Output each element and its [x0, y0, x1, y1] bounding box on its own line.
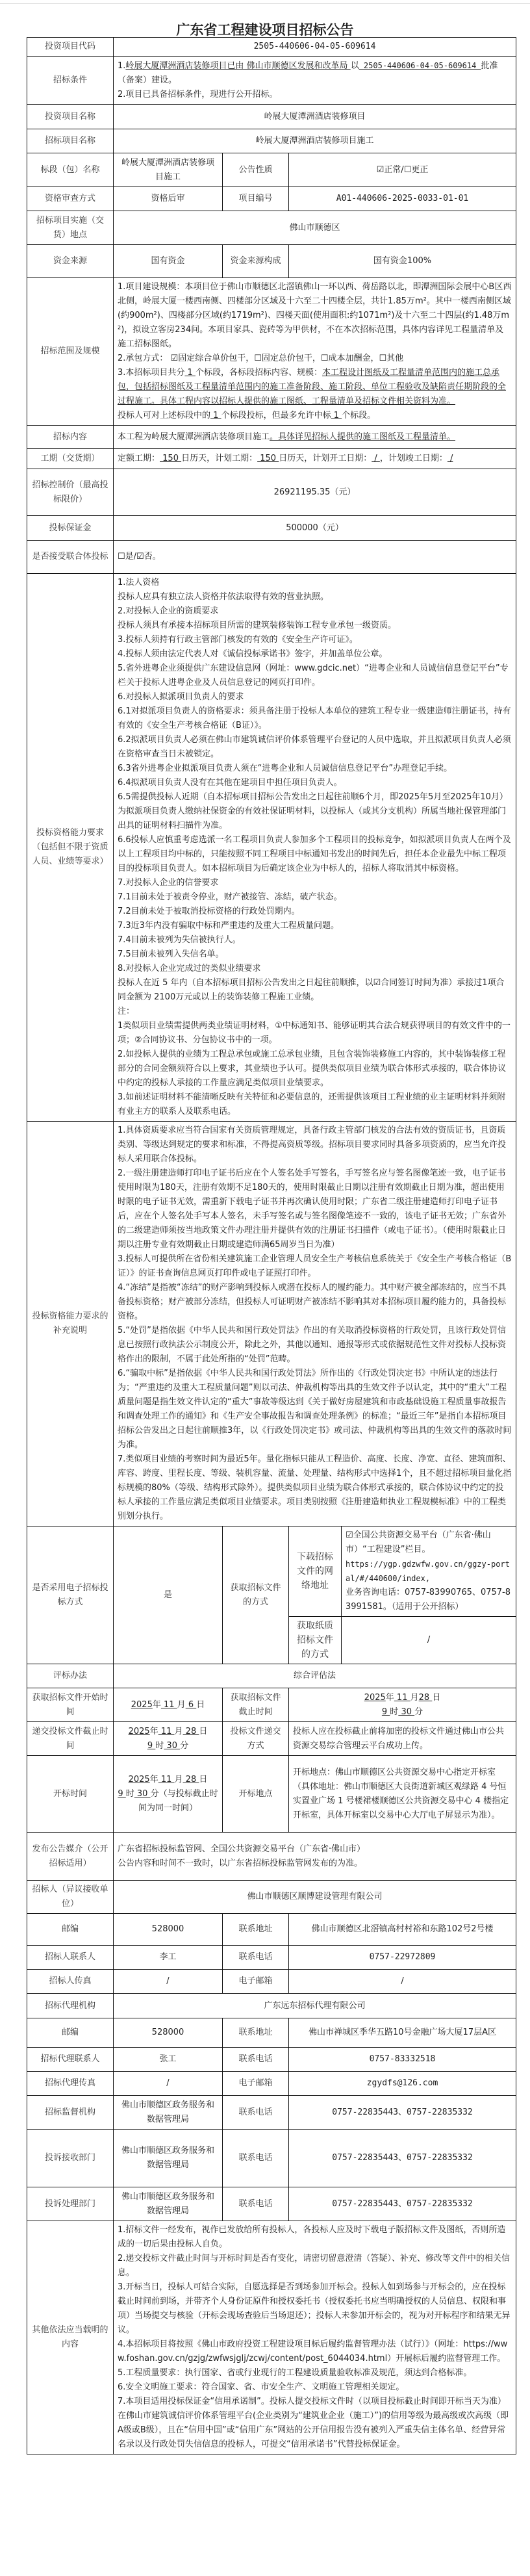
row-invest-name: 投资项目名称 岭展大厦潭洲酒店装修项目 — [27, 105, 516, 129]
value-open-place: 开标地点：佛山市顺德区公共资源交易中心指定开标室（具体地址：佛山市顺德区大良街道… — [289, 1756, 516, 1833]
value-deposit: 500000（元） — [114, 516, 516, 541]
value-evaluation: 综合评估法 — [114, 1664, 516, 1688]
row-tenderer: 招标人（异议接收单位） 佛山市顺德区顺博建设管理有限公司 — [27, 1881, 516, 1914]
value-funding-structure: 国有资金100% — [289, 245, 516, 278]
row-supervision: 招标监督机构 佛山市顺德区政务服务和数据管理局 联系电话 0757-228354… — [27, 2096, 516, 2130]
row-control-price: 招标控制价（最高投标限价） 26921195.35（元） — [27, 469, 516, 516]
value-electronic: 是 — [114, 1526, 223, 1664]
row-complaint-handle: 投诉处理部门 佛山市顺德区政务服务和数据管理局 联系电话 0757-228354… — [27, 2187, 516, 2221]
value-other: 1.招标文件一经发布，视作已发放给所有投标人，各投标人应及时下载电子版招标文件及… — [114, 2221, 516, 2454]
label-complaint-handle-phone: 联系电话 — [223, 2187, 289, 2221]
label-section: 标段（包）名称 — [27, 153, 114, 187]
label-funding-structure: 资金来源构成 — [223, 245, 289, 278]
value-complaint-receive: 佛山市顺德区政务服务和数据管理局 — [114, 2130, 223, 2187]
label-electronic: 是否采用电子招标投标方式 — [27, 1526, 114, 1664]
row-project-code: 投资项目代码 2505-440606-04-05-609614 — [27, 38, 516, 57]
value-complaint-handle-phone: 0757-22835443、0757-22835332 — [289, 2187, 516, 2221]
value-open-time: 2025年 11 月 28 日9 时 30 分（与投标截止时间为同一时间） — [114, 1756, 223, 1833]
value-agency-contact: 张工 — [114, 2048, 223, 2072]
label-tenderer-address: 联系地址 — [223, 1914, 289, 1946]
row-obtain-time: 获取招标文件开始时间 2025年 11 月 6 日 获取招标文件截止时间 202… — [27, 1688, 516, 1722]
row-scope: 招标范围及规模 1.项目建设规模：本项目位于佛山市顺德区北滘镇佛山一环以西、荷岳… — [27, 278, 516, 426]
row-media: 发布公告媒介（公开招标适用） 广东省招标投标监管网、全国公共资源交易平台（广东省… — [27, 1833, 516, 1881]
value-submit-method: 投标人应在投标截止前将加密的投标文件通过佛山市公共资源交易综合管理云平台成功上传… — [289, 1722, 516, 1756]
row-complaint-receive: 投诉接收部门 佛山市顺德区政务服务和数据管理局 联系电话 0757-228354… — [27, 2130, 516, 2187]
row-agency: 招标代理机构 广东远东招标代理有限公司 — [27, 1994, 516, 2018]
value-agency-address: 佛山市禅城区季华五路10号金融广场大厦17层A区 — [289, 2018, 516, 2048]
label-project-code: 投资项目代码 — [27, 38, 114, 57]
row-agency-fax: 招标代理传真 / 电子邮箱 zgydfs@126.com — [27, 2072, 516, 2096]
value-notice-nature: ☑正常/☐更正 — [289, 153, 516, 187]
value-qualification: 资格后审 — [114, 187, 223, 211]
value-paper-method: / — [342, 1617, 516, 1664]
label-evaluation: 评标办法 — [27, 1664, 114, 1688]
value-tenderer-email: / — [289, 1970, 516, 1994]
label-tenderer: 招标人（异议接收单位） — [27, 1881, 114, 1914]
value-funding: 国有资金 — [114, 245, 223, 278]
row-other: 其他依法应当载明的内容 1.招标文件一经发布，视作已发放给所有投标人，各投标人应… — [27, 2221, 516, 2454]
label-control-price: 招标控制价（最高投标限价） — [27, 469, 114, 516]
label-supervision-phone: 联系电话 — [223, 2096, 289, 2130]
row-funding: 资金来源 国有资金 资金来源构成 国有资金100% — [27, 245, 516, 278]
tender-notice-table: 投资项目代码 2505-440606-04-05-609614 招标条件 1.岭… — [27, 37, 516, 2454]
label-deposit: 投标保证金 — [27, 516, 114, 541]
label-tenderer-zip: 邮编 — [27, 1914, 114, 1946]
value-project-code: 2505-440606-04-05-609614 — [114, 38, 516, 57]
label-complaint-receive: 投诉接收部门 — [27, 2130, 114, 2187]
value-content: 本工程为岭展大厦潭洲酒店装修项目施工。具体详见招标人提供的施工图纸及工程量清单。 — [114, 426, 516, 449]
value-supplement: 1.具体资质要求应当符合国家有关资质管理规定，具备行政主管部门核发的合法有效的资… — [114, 1122, 516, 1526]
label-agency-address: 联系地址 — [223, 2018, 289, 2048]
label-agency-contact: 招标代理联系人 — [27, 2048, 114, 2072]
value-media: 广东省招标投标监管网、全国公共资源交易平台（广东省·佛山市） 公告内容和时间不一… — [114, 1833, 516, 1881]
row-tenderer-zip: 邮编 528000 联系地址 佛山市顺德区北滘镇高村村裕和东路102号2号楼 — [27, 1914, 516, 1946]
row-location: 招标项目实施（交货）地点 佛山市顺德区 — [27, 211, 516, 245]
conditions-project: 岭展大厦潭洲酒店装修项目已由 — [125, 61, 244, 71]
row-evaluation: 评标办法 综合评估法 — [27, 1664, 516, 1688]
label-submit-deadline: 递交投标文件截止时间 — [27, 1722, 114, 1756]
value-tenderer-zip: 528000 — [114, 1914, 223, 1946]
scope-p3: 3.本招标项目共分 1 个标段，各标段招标内容、规模：本工程设计图纸及工程量清单… — [118, 366, 512, 409]
value-obtain-end: 2025年 11 月28 日9 时 30 分 — [289, 1688, 516, 1722]
row-electronic-download: 是否采用电子招标投标方式 是 获取招标文件的方式 下载招标文件的网络地址 ☑全国… — [27, 1526, 516, 1617]
value-project-no: A01-440606-2025-0033-01-01 — [289, 187, 516, 211]
label-download-address: 下载招标文件的网络地址 — [289, 1526, 342, 1617]
label-complaint-handle: 投诉处理部门 — [27, 2187, 114, 2221]
label-agency: 招标代理机构 — [27, 1994, 114, 2018]
value-location: 佛山市顺德区 — [114, 211, 516, 245]
label-location: 招标项目实施（交货）地点 — [27, 211, 114, 245]
label-paper-method: 获取纸质招标文件的方式 — [289, 1617, 342, 1664]
value-agency: 广东远东招标代理有限公司 — [114, 1994, 516, 2018]
value-tenderer-address: 佛山市顺德区北滘镇高村村裕和东路102号2号楼 — [289, 1914, 516, 1946]
label-notice-nature: 公告性质 — [223, 153, 289, 187]
label-tenderer-contact: 招标人联系人 — [27, 1946, 114, 1970]
row-tenderer-fax: 招标人传真 / 电子邮箱 / — [27, 1970, 516, 1994]
label-conditions: 招标条件 — [27, 57, 114, 105]
top-divider — [0, 3, 530, 4]
row-deposit: 投标保证金 500000（元） — [27, 516, 516, 541]
value-obtain-start: 2025年 11 月 6 日 — [114, 1688, 223, 1722]
page-title: 广东省工程建设项目招标公告 — [0, 19, 530, 39]
label-invest-name: 投资项目名称 — [27, 105, 114, 129]
row-supplement: 投标资格能力要求的补充说明 1.具体资质要求应当符合国家有关资质管理规定，具备行… — [27, 1122, 516, 1526]
value-agency-zip: 528000 — [114, 2018, 223, 2048]
label-complaint-receive-phone: 联系电话 — [223, 2130, 289, 2187]
value-section: 岭展大厦潭洲酒店装修项目施工 — [114, 153, 223, 187]
value-download-address: ☑全国公共资源交易平台（广东省·佛山市）“工程建设”栏目。 https://yg… — [342, 1526, 516, 1617]
row-conditions: 招标条件 1.岭展大厦潭洲酒店装修项目已由 佛山市顺德区发展和改革局 以 250… — [27, 57, 516, 105]
value-tenderer-fax: / — [114, 1970, 223, 1994]
row-consortium: 是否接受联合体投标 ☐是/☑否。 — [27, 541, 516, 574]
label-obtain-start: 获取招标文件开始时间 — [27, 1688, 114, 1722]
label-agency-fax: 招标代理传真 — [27, 2072, 114, 2096]
row-tenderer-contact: 招标人联系人 李工 联系电话 0757-22972809 — [27, 1946, 516, 1970]
scope-p2: 2.承包方式： ☑固定综合单价包干，☐固定总价包干，☐成本加酬金，☐其他 — [118, 352, 512, 366]
value-complaint-handle: 佛山市顺德区政务服务和数据管理局 — [114, 2187, 223, 2221]
scope-p1: 1.项目建设规模：本项目位于佛山市顺德区北滘镇佛山一环以西、荷岳路以北，即潭洲国… — [118, 280, 512, 352]
row-qualification: 资格审查方式 资格后审 项目编号 A01-440606-2025-0033-01… — [27, 187, 516, 211]
download-url-link[interactable]: https://ygp.gdzwfw.gov.cn/ggzy-portal/#/… — [346, 1557, 512, 1586]
value-agency-email[interactable]: zgydfs@126.com — [289, 2072, 516, 2096]
label-agency-phone: 联系电话 — [223, 2048, 289, 2072]
label-media: 发布公告媒介（公开招标适用） — [27, 1833, 114, 1881]
value-tender-name: 岭展大厦潭洲酒店装修项目施工 — [114, 129, 516, 153]
label-supervision: 招标监督机构 — [27, 2096, 114, 2130]
label-agency-email: 电子邮箱 — [223, 2072, 289, 2096]
label-requirements: 投标资格能力要求（包括但不限于资质人员、业绩等要求） — [27, 574, 114, 1122]
value-tenderer-phone: 0757-22972809 — [289, 1946, 516, 1970]
value-agency-phone: 0757-83332518 — [289, 2048, 516, 2072]
value-submit-deadline: 2025年 11 月 28 日9 时 30 分 — [114, 1722, 223, 1756]
value-conditions: 1.岭展大厦潭洲酒店装修项目已由 佛山市顺德区发展和改革局 以 2505-440… — [114, 57, 516, 105]
label-project-no: 项目编号 — [223, 187, 289, 211]
conditions-code: 2505-440606-04-05-609614 — [359, 61, 481, 70]
value-duration: 定额工期： 150 日历天，计划工期： 150 日历天，计划开工日期： / ，计… — [114, 449, 516, 469]
label-obtain-method: 获取招标文件的方式 — [223, 1526, 289, 1664]
row-agency-zip: 邮编 528000 联系地址 佛山市禅城区季华五路10号金融广场大厦17层A区 — [27, 2018, 516, 2048]
row-agency-contact: 招标代理联系人 张工 联系电话 0757-83332518 — [27, 2048, 516, 2072]
value-supervision: 佛山市顺德区政务服务和数据管理局 — [114, 2096, 223, 2130]
label-tenderer-phone: 联系电话 — [223, 1946, 289, 1970]
label-qualification: 资格审查方式 — [27, 187, 114, 211]
row-duration: 工期（交货期） 定额工期： 150 日历天，计划工期： 150 日历天，计划开工… — [27, 449, 516, 469]
scope-p4: 投标人可对上述标段中的 1 个标段投标，但最多允许中标 1 个标段。 — [118, 409, 512, 423]
label-supplement: 投标资格能力要求的补充说明 — [27, 1122, 114, 1526]
label-consortium: 是否接受联合体投标 — [27, 541, 114, 574]
label-submit-method: 投标文件递交方式 — [223, 1722, 289, 1756]
row-submit-time: 递交投标文件截止时间 2025年 11 月 28 日9 时 30 分 投标文件递… — [27, 1722, 516, 1756]
row-requirements: 投标资格能力要求（包括但不限于资质人员、业绩等要求） 1.法人资格 投标人应具有… — [27, 574, 516, 1122]
conditions-authority: 佛山市顺德区发展和改革局 — [244, 61, 350, 71]
label-content: 招标内容 — [27, 426, 114, 449]
value-agency-fax: / — [114, 2072, 223, 2096]
value-tenderer: 佛山市顺德区顺博建设管理有限公司 — [114, 1881, 516, 1914]
value-invest-name: 岭展大厦潭洲酒店装修项目 — [114, 105, 516, 129]
row-section: 标段（包）名称 岭展大厦潭洲酒店装修项目施工 公告性质 ☑正常/☐更正 — [27, 153, 516, 187]
value-requirements: 1.法人资格 投标人应具有独立法人资格并依法取得有效的营业执照。 2.对投标人企… — [114, 574, 516, 1122]
label-other: 其他依法应当载明的内容 — [27, 2221, 114, 2454]
row-content: 招标内容 本工程为岭展大厦潭洲酒店装修项目施工。具体详见招标人提供的施工图纸及工… — [27, 426, 516, 449]
value-complaint-receive-phone: 0757-22835443、0757-22835332 — [289, 2130, 516, 2187]
label-funding: 资金来源 — [27, 245, 114, 278]
value-scope: 1.项目建设规模：本项目位于佛山市顺德区北滘镇佛山一环以西、荷岳路以北，即潭洲国… — [114, 278, 516, 426]
label-tenderer-fax: 招标人传真 — [27, 1970, 114, 1994]
value-supervision-phone: 0757-22835443、0757-22835332 — [289, 2096, 516, 2130]
label-open-place: 开标地点 — [223, 1756, 289, 1833]
label-duration: 工期（交货期） — [27, 449, 114, 469]
row-open-time: 开标时间 2025年 11 月 28 日9 时 30 分（与投标截止时间为同一时… — [27, 1756, 516, 1833]
conditions-line2: 2.项目已具备招标条件，现进行公开招标。 — [118, 88, 512, 102]
value-consortium: ☐是/☑否。 — [114, 541, 516, 574]
label-tender-name: 招标项目名称 — [27, 129, 114, 153]
value-control-price: 26921195.35（元） — [114, 469, 516, 516]
label-scope: 招标范围及规模 — [27, 278, 114, 426]
label-open-time: 开标时间 — [27, 1756, 114, 1833]
value-tenderer-contact: 李工 — [114, 1946, 223, 1970]
label-tenderer-email: 电子邮箱 — [223, 1970, 289, 1994]
label-agency-zip: 邮编 — [27, 2018, 114, 2048]
label-obtain-end: 获取招标文件截止时间 — [223, 1688, 289, 1722]
row-tender-name: 招标项目名称 岭展大厦潭洲酒店装修项目施工 — [27, 129, 516, 153]
